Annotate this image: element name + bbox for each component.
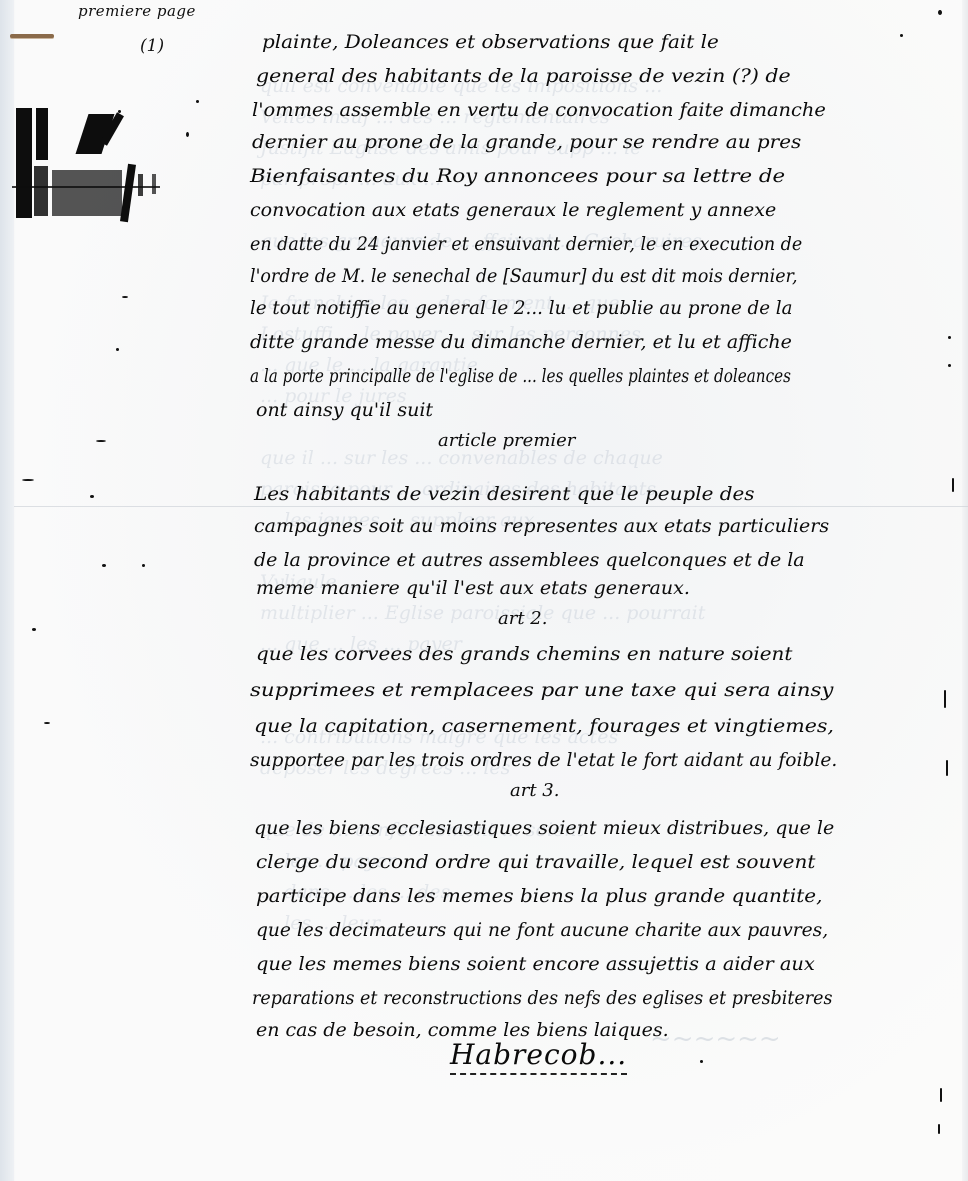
preamble-line: a la porte principalle de l'eglise de ..… bbox=[250, 366, 791, 386]
preamble-line: dernier au prone de la grande, pour se r… bbox=[252, 132, 801, 152]
signature: Habrecob... bbox=[450, 1038, 627, 1075]
ink-speck bbox=[700, 1060, 703, 1063]
ink-speck bbox=[122, 296, 128, 298]
preamble-line: ditte grande messe du dimanche dernier, … bbox=[250, 332, 792, 352]
ink-speck bbox=[946, 760, 948, 776]
article-1-line: de la province et autres assemblees quel… bbox=[254, 550, 805, 570]
article-3-line: clerge du second ordre qui travaille, le… bbox=[256, 852, 815, 872]
article-3-line: reparations et reconstructions des nefs … bbox=[252, 988, 832, 1008]
ink-blot-stamp bbox=[12, 104, 162, 222]
preamble-line: en datte du 24 janvier et ensuivant dern… bbox=[250, 234, 802, 254]
article-3-line: que les biens ecclesiastiques soient mie… bbox=[254, 818, 834, 838]
article-3-line: que les decimateurs qui ne font aucune c… bbox=[256, 920, 828, 940]
article-2-line: supportee par les trois ordres de l'etat… bbox=[250, 750, 837, 770]
preamble-line: Bienfaisantes du Roy annoncees pour sa l… bbox=[250, 166, 785, 186]
preamble-line: general des habitants de la paroisse de … bbox=[256, 66, 791, 86]
ink-speck bbox=[938, 1124, 940, 1134]
ink-speck bbox=[948, 364, 951, 367]
ink-speck bbox=[118, 110, 121, 113]
staple-mark bbox=[10, 34, 54, 38]
ink-speck bbox=[116, 348, 119, 351]
ink-speck bbox=[952, 478, 954, 492]
ink-speck bbox=[142, 564, 145, 567]
article-1-line: Les habitants de vezin desirent que le p… bbox=[254, 484, 755, 504]
article-2-line: que la capitation, casernement, fourages… bbox=[254, 716, 834, 736]
article-2-heading: art 2. bbox=[498, 608, 547, 629]
ink-speck bbox=[196, 100, 199, 103]
ink-speck bbox=[96, 440, 106, 442]
preamble-line: convocation aux etats generaux le reglem… bbox=[250, 200, 776, 220]
margin-note: premiere page bbox=[78, 2, 196, 20]
ink-speck bbox=[940, 1088, 942, 1102]
article-3-heading: art 3. bbox=[510, 780, 559, 801]
ink-speck bbox=[22, 479, 34, 481]
article-3-line: que les memes biens soient encore assuje… bbox=[256, 954, 815, 974]
ink-speck bbox=[90, 495, 94, 498]
ink-speck bbox=[44, 722, 50, 724]
manuscript-page: premiere page (1) quil est convenable qu… bbox=[0, 0, 968, 1181]
ink-speck bbox=[900, 34, 903, 37]
article-2-line: supprimees et remplacees par une taxe qu… bbox=[250, 680, 833, 700]
ink-speck bbox=[938, 10, 942, 15]
article-2-line: que les corvees des grands chemins en na… bbox=[256, 644, 792, 664]
preamble-line: l'ordre de M. le senechal de [Saumur] du… bbox=[250, 266, 798, 286]
article-1-heading: article premier bbox=[438, 430, 575, 451]
preamble-line: l'ommes assemble en vertu de convocation… bbox=[252, 100, 826, 120]
preamble-line: plainte, Doleances et observations que f… bbox=[262, 32, 719, 52]
page-right-edge bbox=[962, 0, 968, 1181]
article-1-line: meme maniere qu'il l'est aux etats gener… bbox=[256, 578, 690, 598]
ink-speck bbox=[948, 336, 951, 339]
article-3-line: participe dans les memes biens la plus g… bbox=[256, 886, 822, 906]
paper-fold-line bbox=[14, 506, 968, 507]
folio-number: (1) bbox=[140, 36, 164, 56]
preamble-line: le tout notiffie au general le 2... lu e… bbox=[250, 298, 793, 318]
ink-speck bbox=[186, 132, 189, 137]
article-1-line: campagnes soit au moins representes aux … bbox=[254, 516, 829, 536]
preamble-line: ont ainsy qu'il suit bbox=[256, 400, 433, 420]
signature-bleed-through: ~~~~~~ bbox=[650, 1024, 781, 1054]
ink-speck bbox=[32, 628, 36, 631]
ink-speck bbox=[944, 690, 946, 708]
ink-speck bbox=[102, 564, 106, 567]
article-3-line: en cas de besoin, comme les biens laique… bbox=[256, 1020, 669, 1040]
